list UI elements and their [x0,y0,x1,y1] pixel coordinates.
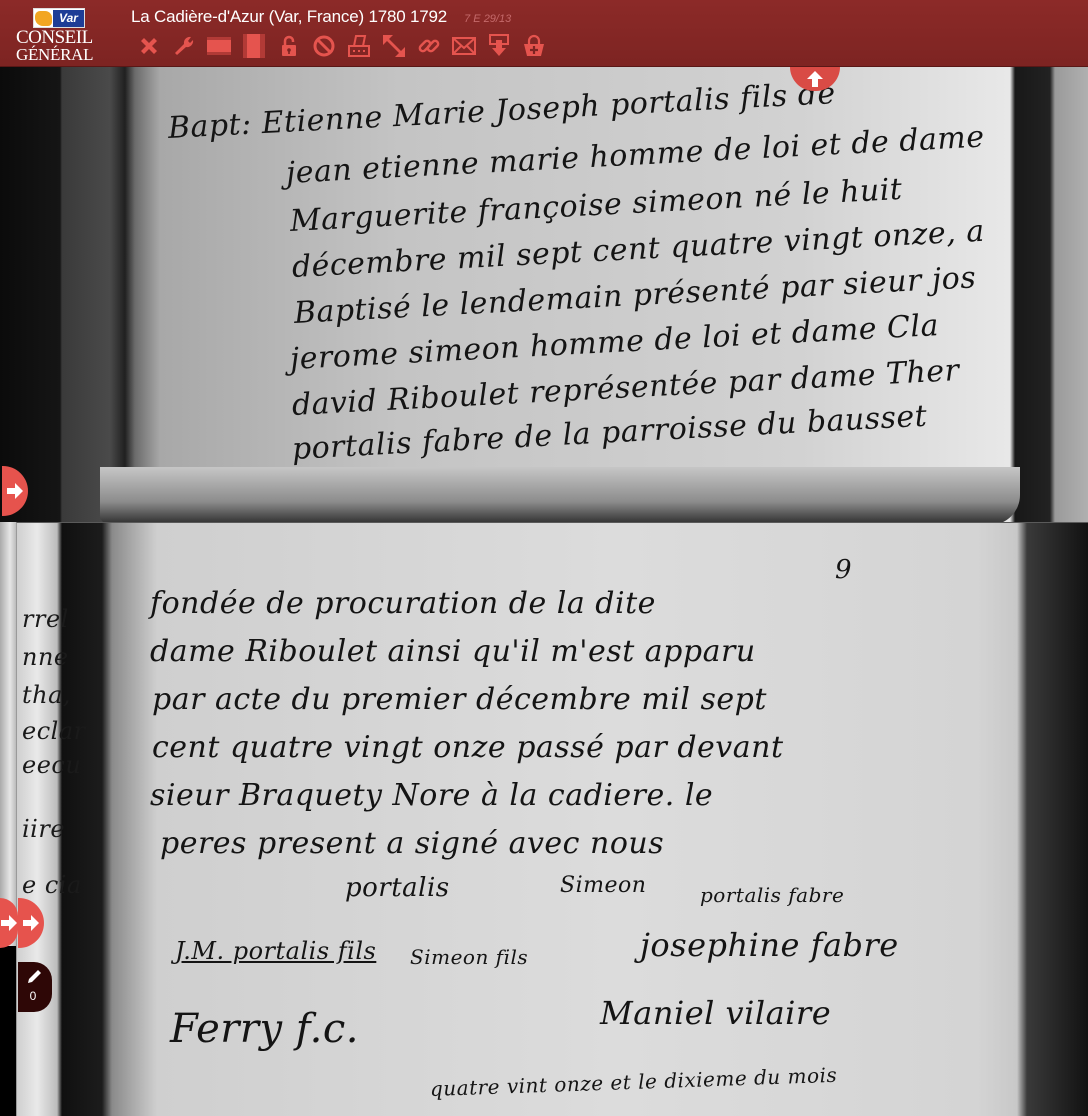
download-icon [487,34,511,58]
handwritten-line: par acte du premier décembre mil sept [152,685,767,715]
page-number-mark: 9 [835,557,852,583]
margin-fragment: eclar [22,719,86,743]
logo-badge: Var [53,10,84,27]
handwritten-line: sieur Braquety Nore à la cadiere. le [150,781,713,811]
signature: Ferry f.c. [170,1009,359,1049]
arrow-right-icon [6,482,24,500]
var-map-icon [35,11,52,26]
margin-fragment: eecu [22,753,81,777]
document-cote: 7 E 29/13 [464,13,511,25]
fit-width-button[interactable] [201,33,236,59]
scan-page-edge-strip [0,522,16,946]
arrow-right-icon [0,914,18,932]
arrow-right-icon [22,914,40,932]
signature: J.M. portalis fils [175,939,376,963]
margin-fragment: iire [22,817,65,841]
annotations-count: 0 [18,989,48,1003]
handwritten-line: fondée de procuration de la dite [150,589,656,619]
margin-fragment: rrel [22,607,69,631]
link-icon [417,34,441,58]
email-button[interactable] [446,33,481,59]
document-title-row: La Cadière-d'Azur (Var, France) 1780 179… [131,7,511,29]
settings-button[interactable] [166,33,201,59]
viewer-black-margin [0,946,16,1116]
print-button[interactable] [341,33,376,59]
handwritten-line: cent quatre vingt onze passé par devant [152,733,784,763]
mail-icon [452,34,476,58]
fit-height-button[interactable] [236,33,271,59]
toolbar [131,33,551,59]
basket-add-icon [522,34,546,58]
close-icon [137,34,161,58]
print-icon [347,34,371,58]
margin-fragment: nne [22,645,69,669]
logo-flag: Var [33,8,85,28]
annotations-button[interactable]: 0 [18,962,52,1012]
signature: Simeon fils [410,947,528,967]
header-bar: Var CONSEIL GÉNÉRAL La Cadière-d'Azur (V… [0,0,1088,67]
add-to-basket-button[interactable] [516,33,551,59]
fit-width-icon [207,34,231,58]
signature: portalis fabre [700,885,844,905]
margin-fragment: tha, [22,683,71,707]
arrow-up-icon [806,70,824,88]
ban-icon [312,34,336,58]
pencil-icon [26,967,44,985]
signature: portalis [345,875,450,901]
margin-fragment: e cia [22,873,82,897]
image-viewer[interactable]: Bapt: Etienne Marie Joseph portalis fils… [0,67,1088,1116]
link-button[interactable] [411,33,446,59]
unlock-button[interactable] [271,33,306,59]
unlock-icon [277,34,301,58]
handwritten-line: dame Riboulet ainsi qu'il m'est apparu [150,637,756,667]
wrench-icon [172,34,196,58]
signature: Simeon [560,875,646,897]
fit-height-icon [242,34,266,58]
fullscreen-button[interactable] [376,33,411,59]
resize-icon [382,34,406,58]
forbidden-button[interactable] [306,33,341,59]
download-button[interactable] [481,33,516,59]
signature: Maniel vilaire [600,997,831,1029]
handwritten-line: peres present a signé avec nous [160,829,664,859]
logo-line2: GÉNÉRAL [16,46,93,63]
signature: josephine fabre [640,929,899,961]
conseil-general-var-logo[interactable]: Var CONSEIL GÉNÉRAL [14,6,102,64]
document-title: La Cadière-d'Azur (Var, France) 1780 179… [131,7,447,26]
close-button[interactable] [131,33,166,59]
